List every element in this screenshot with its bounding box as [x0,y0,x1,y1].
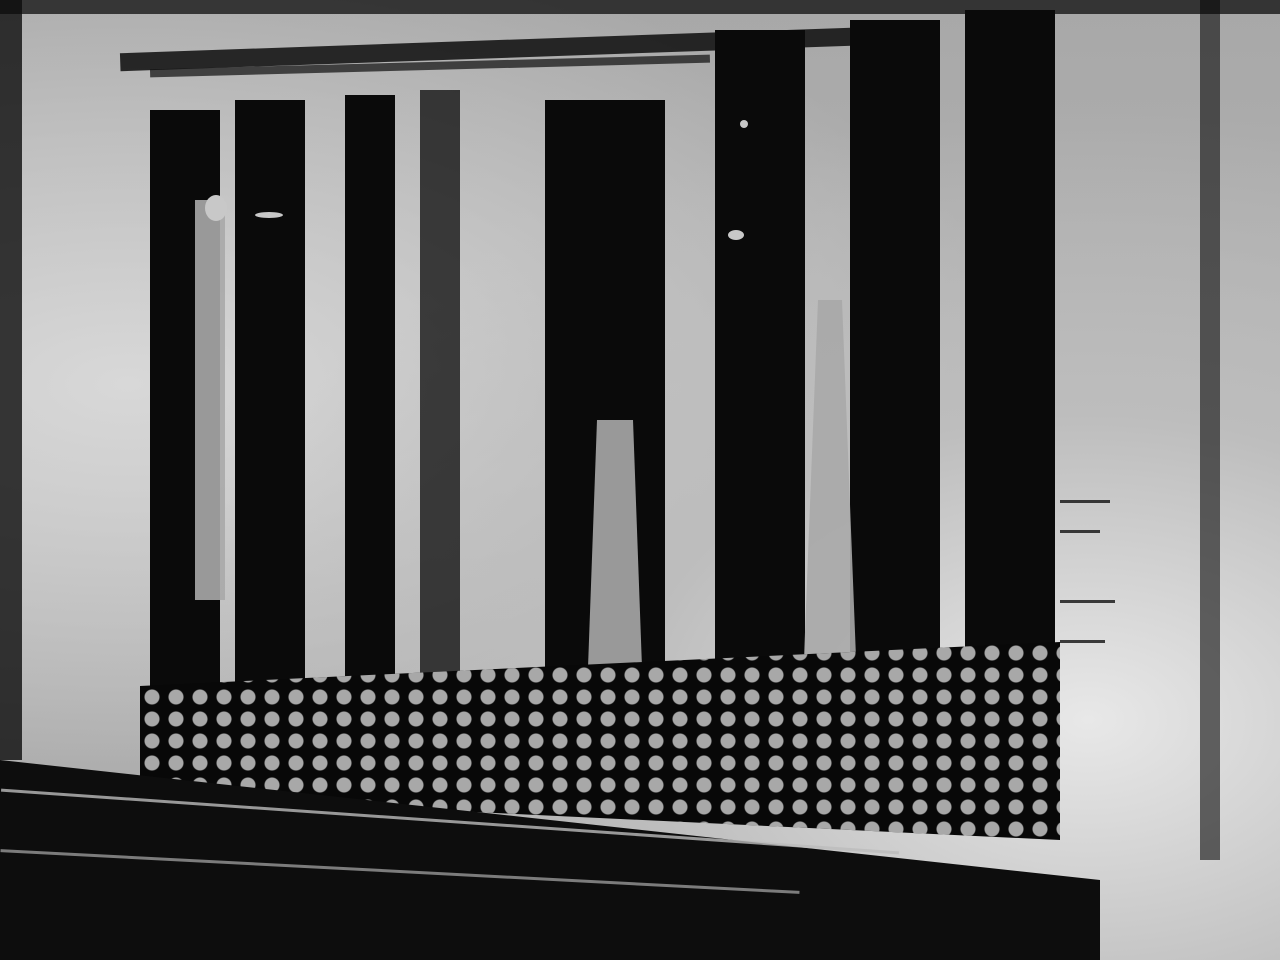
speck [255,212,283,218]
band [715,30,805,750]
speck [740,120,748,128]
tick [1060,640,1105,643]
band [235,100,305,720]
tick [1060,600,1115,603]
speck [728,230,744,240]
top-streak [0,0,1280,14]
tick [1060,530,1100,533]
band [1200,0,1220,860]
abstract-print-photo [0,0,1280,960]
light-column [195,200,225,600]
speck [205,195,227,221]
band [420,90,460,770]
tick [1060,500,1110,503]
band [345,95,395,735]
left-edge [0,0,22,760]
